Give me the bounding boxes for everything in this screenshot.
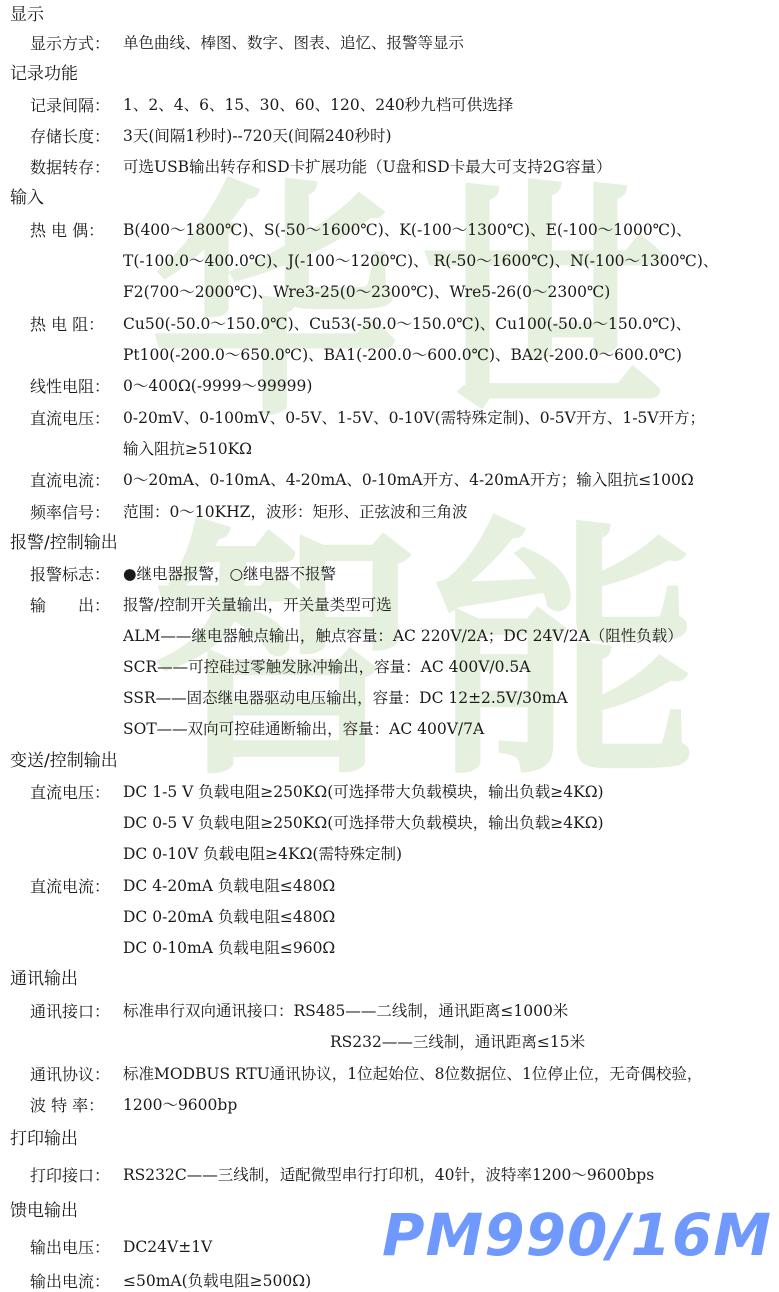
spec-label: 频率信号： [30, 497, 110, 528]
spec-row: 通讯接口： 标准串行双向通讯接口：RS485——二线制，通讯距离≤1000米 [0, 996, 779, 1027]
spec-value: 3天(间隔1秒时)--720天(间隔240秒时) [123, 121, 392, 152]
spec-label: 直流电流： [30, 465, 110, 496]
spec-label: 报警标志： [30, 559, 110, 590]
spec-value: 输入阻抗≥510KΩ [123, 434, 252, 465]
spec-value: DC24V±1V [123, 1232, 212, 1263]
spec-row: DC 0-5 V 负载电阻≥250KΩ(可选择带大负载模块，输出负载≥4KΩ) [0, 808, 779, 839]
section-title-communication: 通讯输出 [10, 964, 78, 995]
spec-value: 0-20mV、0-100mV、0-5V、1-5V、0-10V(需特殊定制)、0-… [123, 403, 705, 434]
spec-label: 显示方式： [30, 28, 110, 59]
spec-value: B(400～1800℃)、S(-50～1600℃)、K(-100～1300℃)、… [123, 215, 692, 246]
spec-label: 输 出： [30, 590, 110, 621]
section-title-alarm-output: 报警/控制输出 [10, 528, 118, 559]
spec-label: 输出电流： [30, 1266, 110, 1292]
spec-value: 范围：0～10KHZ，波形：矩形、正弦波和三角波 [123, 497, 467, 528]
spec-value: SOT——双向可控硅通断输出，容量：AC 400V/7A [123, 714, 484, 745]
spec-label: 打印接口： [30, 1160, 110, 1191]
spec-row: 打印接口： RS232C——三线制，适配微型串行打印机，40针，波特率1200～… [0, 1160, 779, 1191]
section-title-power-feed: 馈电输出 [10, 1196, 78, 1227]
spec-row: ALM——继电器触点输出，触点容量：AC 220V/2A；DC 24V/2A（阻… [0, 621, 779, 652]
spec-value: ●继电器报警，○继电器不报警 [123, 559, 336, 590]
spec-value: 1、2、4、6、15、30、60、120、240秒九档可供选择 [123, 90, 513, 121]
spec-label: 记录间隔： [30, 90, 110, 121]
spec-row: DC 0-10V 负载电阻≥4KΩ(需特殊定制) [0, 839, 779, 870]
spec-row: 输 出： 报警/控制开关量输出，开关量类型可选 [0, 590, 779, 621]
spec-row: 线性电阻： 0～400Ω(-9999～99999) [0, 371, 779, 402]
spec-value: 单色曲线、棒图、数字、图表、追忆、报警等显示 [123, 28, 464, 59]
spec-row: SOT——双向可控硅通断输出，容量：AC 400V/7A [0, 714, 779, 745]
spec-row: F2(700～2000℃)、Wre3-25(0～2300℃)、Wre5-26(0… [0, 277, 779, 308]
spec-row: 显示方式： 单色曲线、棒图、数字、图表、追忆、报警等显示 [0, 28, 779, 59]
spec-label: 直流电压： [30, 777, 110, 808]
spec-value: DC 1-5 V 负载电阻≥250KΩ(可选择带大负载模块，输出负载≥4KΩ) [123, 777, 604, 808]
spec-value: ≤50mA(负载电阻≥500Ω) [123, 1266, 311, 1292]
spec-row: 波 特 率： 1200～9600bp [0, 1090, 779, 1121]
spec-label: 通讯协议： [30, 1059, 110, 1090]
spec-row: 直流电流： 0～20mA、0-10mA、4-20mA、0-10mA开方、4-20… [0, 465, 779, 496]
spec-label: 存储长度： [30, 121, 110, 152]
spec-row: 直流电压： DC 1-5 V 负载电阻≥250KΩ(可选择带大负载模块，输出负载… [0, 777, 779, 808]
spec-label: 通讯接口： [30, 996, 110, 1027]
spec-row: 存储长度： 3天(间隔1秒时)--720天(间隔240秒时) [0, 121, 779, 152]
spec-row: 输出电压： DC24V±1V [0, 1232, 370, 1263]
spec-label: 线性电阻： [30, 371, 110, 402]
spec-row: 热 电 偶： B(400～1800℃)、S(-50～1600℃)、K(-100～… [0, 215, 779, 246]
section-title-print: 打印输出 [10, 1124, 78, 1155]
spec-value: DC 0-10V 负载电阻≥4KΩ(需特殊定制) [123, 839, 402, 870]
spec-row: Pt100(-200.0～650.0℃)、BA1(-200.0～600.0℃)、… [0, 340, 779, 371]
spec-row: 数据转存： 可选USB输出转存和SD卡扩展功能（U盘和SD卡最大可支持2G容量） [0, 152, 779, 183]
spec-row: 直流电流： DC 4-20mA 负载电阻≤480Ω [0, 871, 779, 902]
spec-value: 0～20mA、0-10mA、4-20mA、0-10mA开方、4-20mA开方；输… [123, 465, 694, 496]
spec-row: DC 0-10mA 负载电阻≤960Ω [0, 933, 779, 964]
spec-value: 标准MODBUS RTU通讯协议，1位起始位、8位数据位、1位停止位，无奇偶校验… [123, 1059, 702, 1090]
spec-value: Pt100(-200.0～650.0℃)、BA1(-200.0～600.0℃)、… [123, 340, 682, 371]
model-name: PM990/16M [382, 1206, 772, 1264]
spec-value: F2(700～2000℃)、Wre3-25(0～2300℃)、Wre5-26(0… [123, 277, 610, 308]
spec-row: 记录间隔： 1、2、4、6、15、30、60、120、240秒九档可供选择 [0, 90, 779, 121]
spec-label: 直流电流： [30, 871, 110, 902]
section-title-recording: 记录功能 [10, 59, 78, 90]
spec-label: 热 电 偶： [30, 215, 104, 246]
spec-row: 输入阻抗≥510KΩ [0, 434, 779, 465]
spec-row: T(-100.0～400.0℃)、J(-100～1200℃)、 R(-50～16… [0, 246, 779, 277]
spec-value: T(-100.0～400.0℃)、J(-100～1200℃)、 R(-50～16… [123, 246, 718, 277]
spec-value: ALM——继电器触点输出，触点容量：AC 220V/2A；DC 24V/2A（阻… [123, 621, 683, 652]
section-title-input: 输入 [10, 183, 44, 214]
spec-value: RS232——三线制，通讯距离≤15米 [330, 1027, 585, 1058]
spec-value: DC 0-5 V 负载电阻≥250KΩ(可选择带大负载模块，输出负载≥4KΩ) [123, 808, 604, 839]
spec-value: 报警/控制开关量输出，开关量类型可选 [123, 590, 392, 621]
spec-row: 热 电 阻： Cu50(-50.0～150.0℃)、Cu53(-50.0～150… [0, 309, 779, 340]
spec-value: 0～400Ω(-9999～99999) [123, 371, 312, 402]
spec-value: 1200～9600bp [123, 1090, 237, 1121]
spec-row: SSR——固态继电器驱动电压输出，容量：DC 12±2.5V/30mA [0, 683, 779, 714]
spec-row: 频率信号： 范围：0～10KHZ，波形：矩形、正弦波和三角波 [0, 497, 779, 528]
spec-label: 数据转存： [30, 152, 110, 183]
spec-row: DC 0-20mA 负载电阻≤480Ω [0, 902, 779, 933]
spec-row: 通讯协议： 标准MODBUS RTU通讯协议，1位起始位、8位数据位、1位停止位… [0, 1059, 779, 1090]
section-title-transmit-output: 变送/控制输出 [10, 746, 118, 777]
spec-value: RS232C——三线制，适配微型串行打印机，40针，波特率1200～9600bp… [123, 1160, 654, 1191]
spec-value: 标准串行双向通讯接口：RS485——二线制，通讯距离≤1000米 [123, 996, 568, 1027]
spec-row: RS232——三线制，通讯距离≤15米 [0, 1027, 779, 1058]
spec-value: SSR——固态继电器驱动电压输出，容量：DC 12±2.5V/30mA [123, 683, 568, 714]
spec-label: 输出电压： [30, 1232, 110, 1263]
section-title-display: 显示 [10, 0, 44, 31]
spec-label: 波 特 率： [30, 1090, 104, 1121]
spec-value: DC 4-20mA 负载电阻≤480Ω [123, 871, 335, 902]
spec-row: 输出电流： ≤50mA(负载电阻≥500Ω) [0, 1266, 370, 1292]
spec-value: SCR——可控硅过零触发脉冲输出，容量：AC 400V/0.5A [123, 652, 530, 683]
spec-label: 直流电压： [30, 403, 110, 434]
spec-value: Cu50(-50.0～150.0℃)、Cu53(-50.0～150.0℃)、Cu… [123, 309, 691, 340]
spec-label: 热 电 阻： [30, 309, 104, 340]
spec-row: 报警标志： ●继电器报警，○继电器不报警 [0, 559, 779, 590]
spec-value: DC 0-20mA 负载电阻≤480Ω [123, 902, 335, 933]
spec-row: SCR——可控硅过零触发脉冲输出，容量：AC 400V/0.5A [0, 652, 779, 683]
spec-row: 直流电压： 0-20mV、0-100mV、0-5V、1-5V、0-10V(需特殊… [0, 403, 779, 434]
spec-value: 可选USB输出转存和SD卡扩展功能（U盘和SD卡最大可支持2G容量） [123, 152, 611, 183]
spec-value: DC 0-10mA 负载电阻≤960Ω [123, 933, 335, 964]
